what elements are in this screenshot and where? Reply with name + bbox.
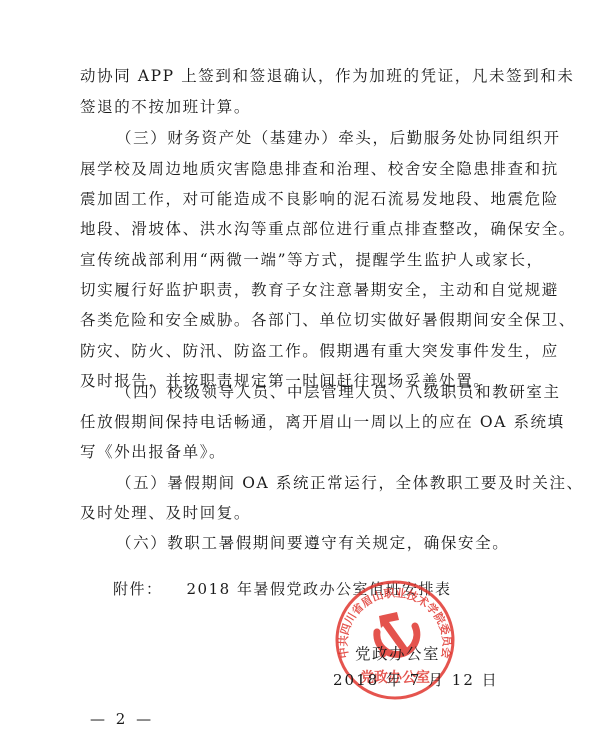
- text-line: 宣传统战部利用“两微一端”等方式，提醒学生监护人或家长，: [80, 250, 544, 270]
- text-line: 写《外出报备单》。: [80, 442, 226, 462]
- text-line: 防灾、防火、防汛、防盗工作。假期遇有重大突发事件发生，应: [80, 341, 559, 361]
- text-line: 震加固工作，对可能造成不良影响的泥石流易发地段、地震危险: [80, 189, 559, 209]
- text-line: 及时处理、及时回复。: [80, 503, 251, 523]
- text-line: （四）校级领导人员、中层管理人员、八级职员和教研室主: [116, 382, 561, 402]
- signature-date: 2018 年 7 月 12 日: [333, 669, 499, 690]
- text-line: （五）暑假期间 OA 系统正常运行，全体教职工要及时关注、: [116, 473, 584, 493]
- text-line: 签退的不按加班计算。: [80, 97, 251, 117]
- text-line: 各类危险和安全威胁。各部门、单位切实做好暑假期间安全保卫、: [80, 310, 576, 330]
- page-number: — 2 —: [90, 710, 154, 728]
- text-line: 地段、滑坡体、洪水沟等重点部位进行重点排查整改，确保安全。: [80, 219, 576, 239]
- text-line: 展学校及周边地质灾害隐患排查和治理、校舍安全隐患排查和抗: [80, 159, 559, 179]
- attachment-label: 附件：: [113, 580, 163, 598]
- text-line: 动协同 APP 上签到和签退确认，作为加班的凭证，凡未签到和未: [80, 66, 575, 86]
- text-line: （三）财务资产处（基建办）牵头，后勤服务处协同组织开: [116, 128, 561, 148]
- text-line: 切实履行好监护职责，教育子女注意暑期安全，主动和自觉规避: [80, 280, 559, 300]
- signature-organization: 党政办公室: [355, 642, 440, 664]
- text-line: 任放假期间保持电话畅通，离开眉山一周以上的应在 OA 系统填: [80, 412, 565, 432]
- document-page: 动协同 APP 上签到和签退确认，作为加班的凭证，凡未签到和未 签退的不按加班计…: [0, 0, 591, 733]
- text-line: （六）教职工暑假期间要遵守有关规定，确保安全。: [116, 533, 509, 553]
